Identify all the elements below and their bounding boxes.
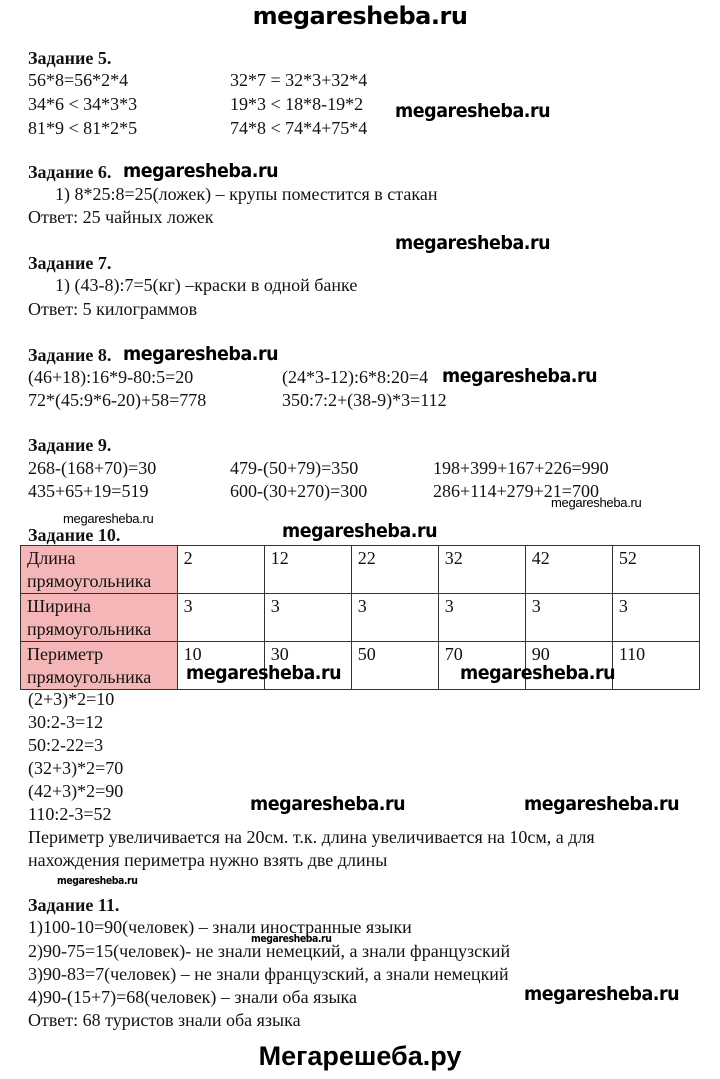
table-cell: 2 (177, 546, 264, 594)
task-9-expr: 600-(30+270)=300 (230, 480, 367, 503)
watermark: megaresheba.ru (282, 520, 437, 542)
task-8-expr: (24*3-12):6*8:20=4 (282, 366, 428, 389)
watermark: megaresheba.ru (524, 793, 679, 815)
watermark: megaresheba.ru (524, 983, 679, 1005)
table-cell: 12 (264, 546, 351, 594)
task-7-step: 1) (43-8):7=5(кг) –краски в одной банке (55, 274, 357, 297)
calc-line: (32+3)*2=70 (28, 757, 123, 780)
task-9-expr: 268-(168+70)=30 (28, 457, 156, 480)
watermark: megaresheba.ru (460, 662, 615, 684)
row-header: Периметр прямоугольника (21, 642, 178, 690)
row-header: Ширина прямоугольника (21, 594, 178, 642)
table-row: Длина прямоугольника 2 12 22 32 42 52 (21, 546, 700, 594)
table-cell: 50 (351, 642, 438, 690)
watermark: megaresheba.ru (395, 232, 550, 254)
calc-line: 30:2-3=12 (28, 711, 103, 734)
task-5-expr: 19*3 < 18*8-19*2 (230, 93, 363, 116)
watermark-small: megaresheba.ru (251, 932, 331, 945)
task-11-step: 1)100-10=90(человек) – знали иностранные… (28, 916, 412, 939)
table-cell: 42 (525, 546, 612, 594)
task-8-expr: (46+18):16*9-80:5=20 (28, 366, 193, 389)
watermark: megaresheba.ru (123, 343, 278, 365)
table-cell: 3 (438, 594, 525, 642)
table-cell: 3 (351, 594, 438, 642)
task-5-expr: 34*6 < 34*3*3 (28, 93, 137, 116)
task-6-step: 1) 8*25:8=25(ложек) – крупы поместится в… (55, 183, 437, 206)
calc-line: (42+3)*2=90 (28, 780, 123, 803)
calc-line: 50:2-22=3 (28, 734, 103, 757)
table-row: Ширина прямоугольника 3 3 3 3 3 3 (21, 594, 700, 642)
watermark-small: megaresheba.ru (57, 874, 137, 887)
table-cell: 3 (525, 594, 612, 642)
calc-line: 110:2-3=52 (28, 803, 111, 826)
explanation-line: Периметр увеличивается на 20см. т.к. дли… (28, 826, 595, 849)
explanation-line: нахождения периметра нужно взять две дли… (28, 849, 387, 872)
watermark: megaresheba.ru (395, 100, 550, 122)
task-9-title: Задание 9. (28, 434, 111, 457)
row-header: Длина прямоугольника (21, 546, 178, 594)
task-8-expr: 350:7:2+(38-9)*3=112 (282, 389, 447, 412)
task-9-expr: 435+65+19=519 (28, 480, 148, 503)
task-11-answer: Ответ: 68 туристов знали оба языка (28, 1009, 301, 1032)
calc-line: (2+3)*2=10 (28, 688, 114, 711)
task-6-title: Задание 6. (28, 161, 111, 184)
watermark-small: megaresheba.ru (551, 495, 641, 510)
table-cell: 110 (612, 642, 699, 690)
table-cell: 3 (612, 594, 699, 642)
task-5-expr: 32*7 = 32*3+32*4 (230, 69, 367, 92)
task-7-title: Задание 7. (28, 252, 111, 275)
table-cell: 52 (612, 546, 699, 594)
task-5-expr: 56*8=56*2*4 (28, 69, 128, 92)
task-11-step: 3)90-83=7(человек) – не знали французски… (28, 963, 509, 986)
table-cell: 22 (351, 546, 438, 594)
task-9-expr: 479-(50+79)=350 (230, 457, 358, 480)
header-watermark: megaresheba.ru (0, 2, 720, 30)
task-11-step: 4)90-(15+7)=68(человек) – знали оба язык… (28, 986, 357, 1009)
task-9-expr: 198+399+167+226=990 (433, 457, 609, 480)
table-cell: 3 (177, 594, 264, 642)
table-cell: 32 (438, 546, 525, 594)
watermark: megaresheba.ru (186, 662, 341, 684)
watermark: megaresheba.ru (250, 793, 405, 815)
task-8-expr: 72*(45:9*6-20)+58=778 (28, 389, 206, 412)
table-cell: 3 (264, 594, 351, 642)
task-5-expr: 74*8 < 74*4+75*4 (230, 117, 367, 140)
footer-watermark: Мегарешеба.ру (0, 1041, 720, 1072)
task-7-answer: Ответ: 5 килограммов (28, 298, 197, 321)
watermark: megaresheba.ru (123, 160, 278, 182)
task-6-answer: Ответ: 25 чайных ложек (28, 206, 213, 229)
task-5-title: Задание 5. (28, 47, 111, 70)
task-8-title: Задание 8. (28, 344, 111, 367)
watermark: megaresheba.ru (442, 365, 597, 387)
task-5-expr: 81*9 < 81*2*5 (28, 117, 137, 140)
task-11-title: Задание 11. (28, 894, 119, 917)
task-10-title: Задание 10. (28, 524, 120, 547)
